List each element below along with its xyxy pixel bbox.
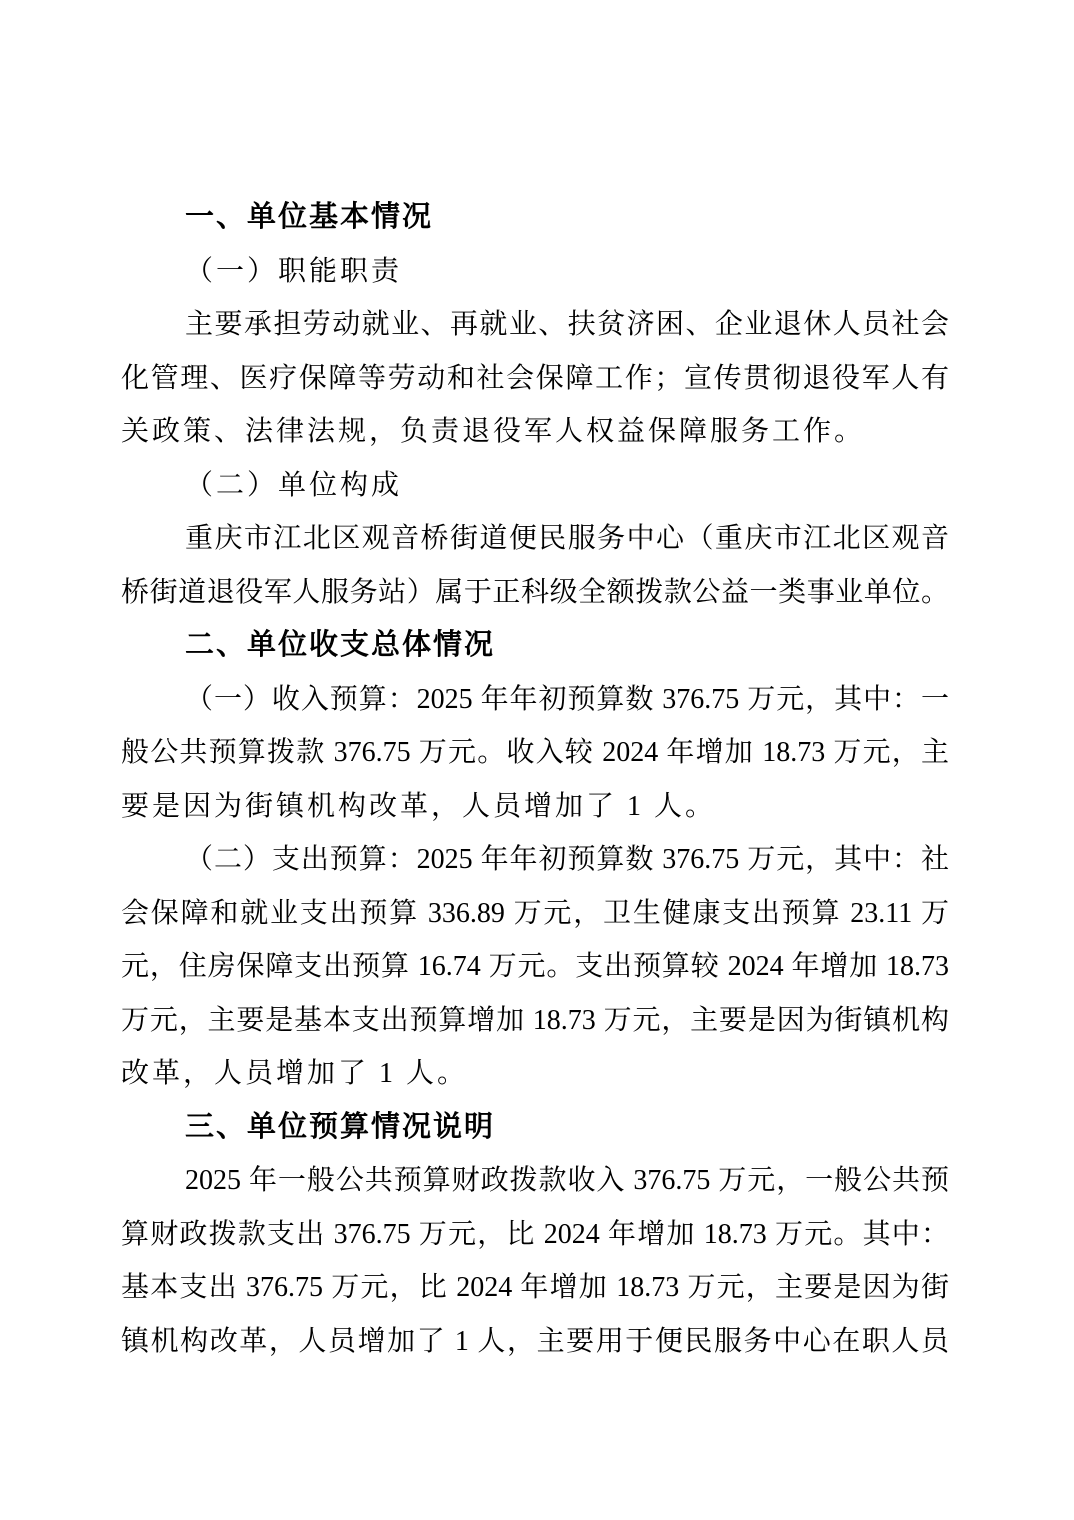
section-heading-1: 一、单位基本情况 [121,191,949,245]
paragraph-line: 关政策、法律法规，负责退役军人权益保障服务工作。 [121,405,949,459]
paragraph-line: 算财政拨款支出 376.75 万元，比 2024 年增加 18.73 万元。其中… [121,1208,949,1262]
paragraph-line: 2025 年一般公共预算财政拨款收入 376.75 万元，一般公共预 [121,1154,949,1208]
paragraph-line: 会保障和就业支出预算 336.89 万元，卫生健康支出预算 23.11 万 [121,887,949,941]
paragraph-line: 要是因为街镇机构改革，人员增加了 1 人。 [121,780,949,834]
paragraph-line: 桥街道退役军人服务站）属于正科级全额拨款公益一类事业单位。 [121,566,949,620]
paragraph-line: 主要承担劳动就业、再就业、扶贫济困、企业退休人员社会 [121,298,949,352]
section-heading-2: 二、单位收支总体情况 [121,619,949,673]
paragraph-line: 化管理、医疗保障等劳动和社会保障工作；宣传贯彻退役军人有 [121,352,949,406]
document-page: 一、单位基本情况 （一）职能职责 主要承担劳动就业、再就业、扶贫济困、企业退休人… [0,0,1074,1520]
paragraph-line: 般公共预算拨款 376.75 万元。收入较 2024 年增加 18.73 万元，… [121,726,949,780]
paragraph-line: 改革，人员增加了 1 人。 [121,1047,949,1101]
paragraph-line: 元，住房保障支出预算 16.74 万元。支出预算较 2024 年增加 18.73 [121,940,949,994]
paragraph-line: 万元，主要是基本支出预算增加 18.73 万元，主要是因为街镇机构 [121,994,949,1048]
paragraph-line: 重庆市江北区观音桥街道便民服务中心（重庆市江北区观音 [121,512,949,566]
subsection-heading-1-2: （二）单位构成 [121,459,949,513]
paragraph-line: （一）收入预算：2025 年年初预算数 376.75 万元，其中：一 [121,673,949,727]
paragraph-line: （二）支出预算：2025 年年初预算数 376.75 万元，其中：社 [121,833,949,887]
subsection-heading-1-1: （一）职能职责 [121,245,949,299]
document-content: 一、单位基本情况 （一）职能职责 主要承担劳动就业、再就业、扶贫济困、企业退休人… [121,191,949,1368]
paragraph-line: 镇机构改革，人员增加了 1 人，主要用于便民服务中心在职人员 [121,1315,949,1369]
section-heading-3: 三、单位预算情况说明 [121,1101,949,1155]
paragraph-line: 基本支出 376.75 万元，比 2024 年增加 18.73 万元，主要是因为… [121,1261,949,1315]
